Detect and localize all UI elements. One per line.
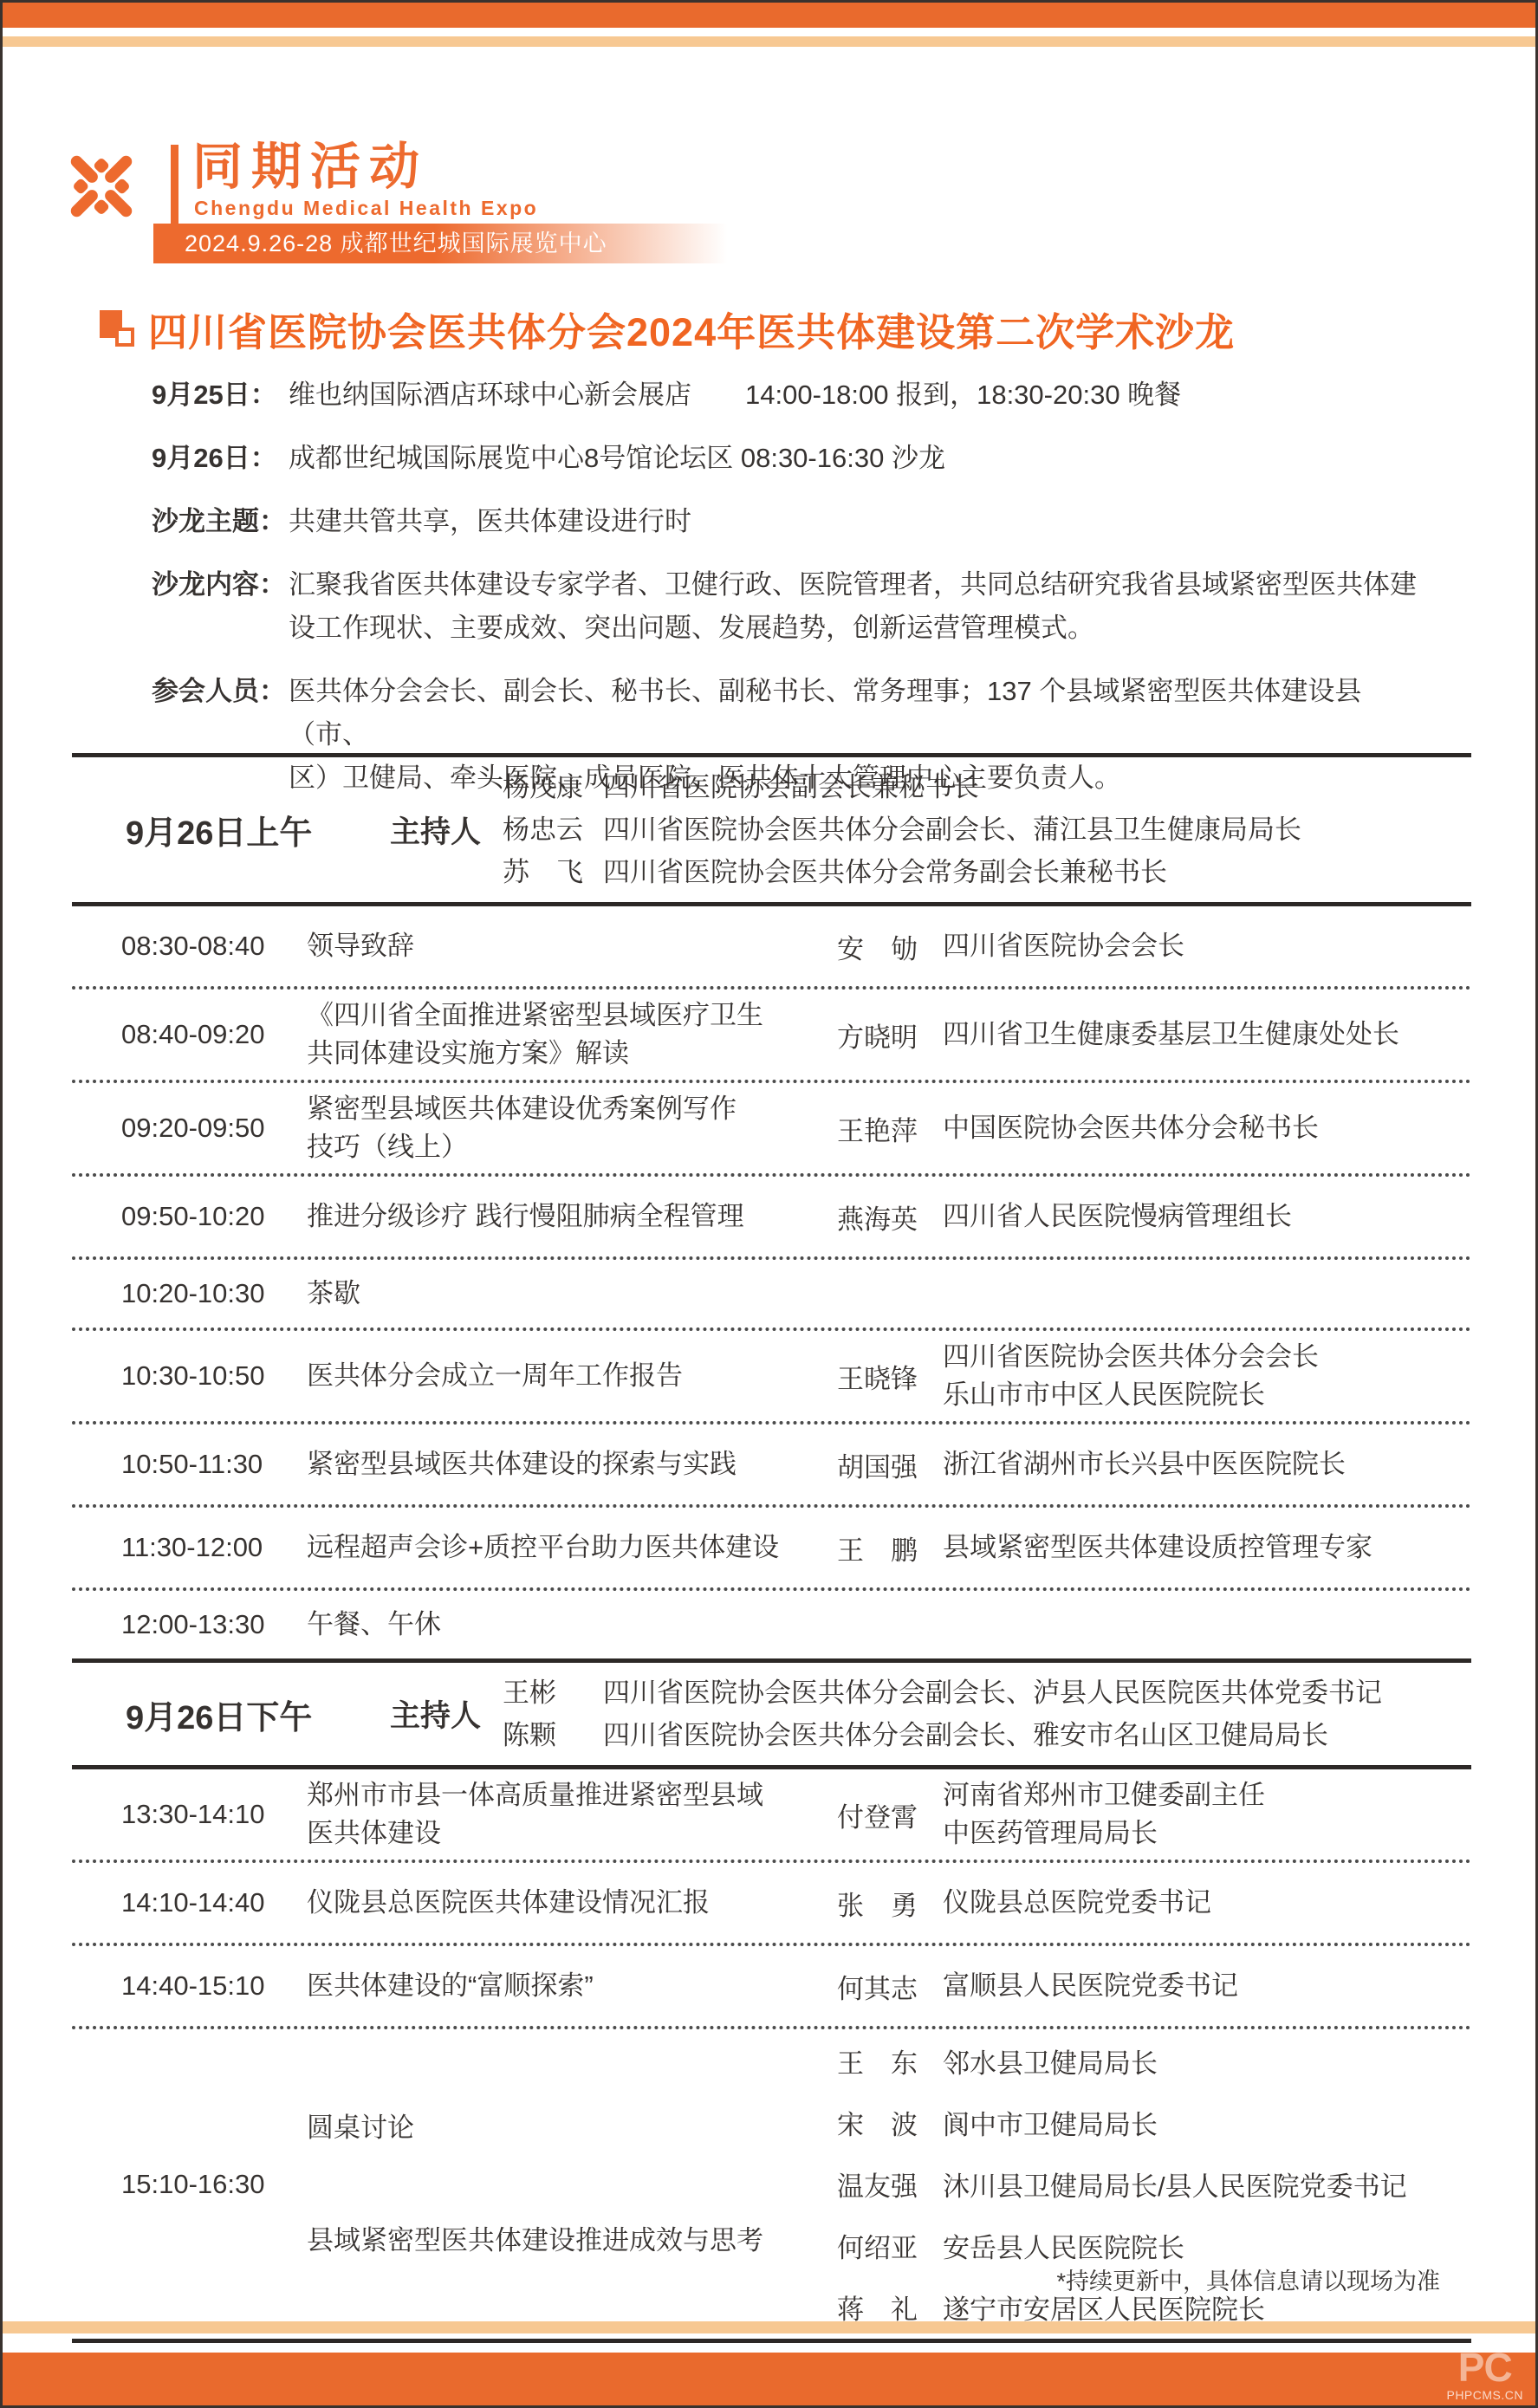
info-label: 沙龙主题：: [152, 500, 289, 543]
panelist-title: 沐川县卫健局局长/县人民医院党委书记: [943, 2165, 1471, 2204]
schedule-row: 11:30-12:00 远程超声会诊+质控平台助力医共体建设 王 鹏 县域紧密型…: [72, 1508, 1471, 1591]
row-speaker: 方晓明: [837, 1016, 943, 1055]
info-label: 9月25日：: [152, 373, 289, 417]
row-speaker: 胡国强: [837, 1445, 943, 1484]
host-row: 王彬 四川省医院协会医共体分会副会长、泸县人民医院医共体党委书记: [503, 1671, 1471, 1714]
row-speaker: 安 劬: [837, 927, 943, 966]
row-time: 10:50-11:30: [72, 1449, 307, 1480]
row-topic: 紧密型县域医共体建设优秀案例写作 技巧（线上）: [307, 1090, 837, 1166]
schedule-row: 09:50-10:20 推进分级诊疗 践行慢阻肺病全程管理 燕海英 四川省人民医…: [72, 1177, 1471, 1260]
host-row: 杨茂康 四川省医院协会副会长兼秘书长: [503, 766, 1471, 808]
bottom-peach-bar: [3, 2321, 1535, 2333]
row-speaker: 王晓锋: [837, 1357, 943, 1396]
schedule-row: 10:30-10:50 医共体分会成立一周年工作报告 王晓锋 四川省医院协会医共…: [72, 1331, 1471, 1425]
panelist-row: 何绍亚 安岳县人民医院院长: [837, 2226, 1471, 2265]
row-time: 10:20-10:30: [72, 1278, 307, 1309]
host-list: 王彬 四川省医院协会医共体分会副会长、泸县人民医院医共体党委书记 陈颗 四川省医…: [503, 1671, 1471, 1756]
row-topic: 医共体分会成立一周年工作报告: [307, 1357, 837, 1395]
panelist-row: 宋 波 阆中市卫健局局长: [837, 2103, 1471, 2142]
panelist-title: 阆中市卫健局局长: [943, 2103, 1471, 2142]
phpcms-watermark: PC PHPCMS.CN: [1446, 2347, 1523, 2401]
roundtable-topic-line1: 圆桌讨论: [307, 2109, 837, 2147]
row-topic: 推进分级诊疗 践行慢阻肺病全程管理: [307, 1198, 837, 1236]
info-row-date2: 9月26日： 成都世纪城国际展览中心8号馆论坛区 08:30-16:30 沙龙: [152, 437, 1434, 480]
phpcms-logo-icon: PC: [1446, 2347, 1523, 2387]
row-time: 14:10-14:40: [72, 1887, 307, 1918]
session-header-morning: 9月26日上午 主持人 杨茂康 四川省医院协会副会长兼秘书长 杨忠云 四川省医院…: [72, 757, 1471, 906]
host-label: 主持人: [390, 808, 503, 852]
session-header-afternoon: 9月26日下午 主持人 王彬 四川省医院协会医共体分会副会长、泸县人民医院医共体…: [72, 1658, 1471, 1769]
row-speaker: 王 鹏: [837, 1529, 943, 1567]
schedule-row: 08:30-08:40 领导致辞 安 劬 四川省医院协会会长: [72, 906, 1471, 990]
row-time: 15:10-16:30: [72, 2169, 307, 2200]
logo-divider: [171, 145, 178, 224]
square-bullet-icon: [100, 310, 136, 348]
schedule-row: 10:50-11:30 紧密型县域医共体建设的探索与实践 胡国强 浙江省湖州市长…: [72, 1425, 1471, 1508]
row-topic: 远程超声会诊+质控平台助力医共体建设: [307, 1529, 837, 1567]
row-topic: 仪陇县总医院医共体建设情况汇报: [307, 1884, 837, 1922]
row-speaker: 张 勇: [837, 1884, 943, 1923]
row-time: 08:30-08:40: [72, 931, 307, 962]
row-speaker: 何其志: [837, 1967, 943, 2006]
row-speaker-title: 富顺县人民医院党委书记: [943, 1967, 1471, 2005]
row-speaker-title: 四川省人民医院慢病管理组长: [943, 1198, 1471, 1236]
host-name: 杨忠云: [503, 808, 603, 851]
info-row-theme: 沙龙主题： 共建共管共享，医共体建设进行时: [152, 500, 1434, 543]
row-time: 10:30-10:50: [72, 1360, 307, 1392]
row-time: 09:20-09:50: [72, 1113, 307, 1144]
bottom-orange-bar: [3, 2353, 1535, 2406]
row-topic: 医共体建设的“富顺探索”: [307, 1967, 837, 2005]
panelist-name: 何绍亚: [837, 2226, 943, 2265]
host-title: 四川省医院协会医共体分会副会长、泸县人民医院医共体党委书记: [603, 1671, 1471, 1714]
schedule-row: 08:40-09:20 《四川省全面推进紧密型县域医疗卫生 共同体建设实施方案》…: [72, 990, 1471, 1083]
schedule-row-break: 10:20-10:30 茶歇: [72, 1260, 1471, 1331]
event-title-block: 四川省医院协会医共体分会2024年医共体建设第二次学术沙龙: [100, 301, 1235, 357]
row-time: 14:40-15:10: [72, 1970, 307, 2002]
row-speaker-title: 四川省卫生健康委基层卫生健康处处长: [943, 1016, 1471, 1054]
row-speaker-title: 仪陇县总医院党委书记: [943, 1884, 1471, 1922]
host-name: 苏 飞: [503, 851, 603, 893]
host-name: 王彬: [503, 1671, 603, 1714]
row-speaker: 王艳萍: [837, 1109, 943, 1148]
row-time: 12:00-13:30: [72, 1609, 307, 1640]
logo-text-block: 同期活动 Chengdu Medical Health Expo: [192, 141, 538, 220]
expo-date-banner: 2024.9.26-28 成都世纪城国际展览中心: [153, 224, 777, 263]
session-date-label: 9月26日下午: [72, 1691, 390, 1738]
host-row: 苏 飞 四川省医院协会医共体分会常务副会长兼秘书长: [503, 851, 1471, 893]
info-text: 汇聚我省医共体建设专家学者、卫健行政、医院管理者，共同总结研究我省县域紧密型医共…: [289, 563, 1417, 650]
host-title: 四川省医院协会医共体分会副会长、蒲江县卫生健康局局长: [603, 808, 1471, 851]
host-title: 四川省医院协会医共体分会副会长、雅安市名山区卫健局局长: [603, 1714, 1471, 1756]
schedule-row: 09:20-09:50 紧密型县域医共体建设优秀案例写作 技巧（线上） 王艳萍 …: [72, 1083, 1471, 1177]
poster-page: 同期活动 Chengdu Medical Health Expo 2024.9.…: [0, 0, 1538, 2408]
row-time: 13:30-14:10: [72, 1799, 307, 1830]
info-label: 沙龙内容：: [152, 563, 289, 650]
schedule-table: 9月26日上午 主持人 杨茂康 四川省医院协会副会长兼秘书长 杨忠云 四川省医院…: [72, 753, 1471, 2343]
update-note: *持续更新中，具体信息请以现场为准: [1056, 2262, 1440, 2296]
row-time: 09:50-10:20: [72, 1201, 307, 1232]
row-topic: 郑州市市县一体高质量推进紧密型县域 医共体建设: [307, 1776, 837, 1853]
schedule-row: 14:40-15:10 医共体建设的“富顺探索” 何其志 富顺县人民医院党委书记: [72, 1946, 1471, 2029]
host-list: 杨茂康 四川省医院协会副会长兼秘书长 杨忠云 四川省医院协会医共体分会副会长、蒲…: [503, 766, 1471, 893]
row-time: 11:30-12:00: [72, 1532, 307, 1563]
panelist-row: 温友强 沐川县卫健局局长/县人民医院党委书记: [837, 2165, 1471, 2204]
row-topic: 茶歇: [307, 1275, 837, 1313]
host-title: 四川省医院协会医共体分会常务副会长兼秘书长: [603, 851, 1471, 893]
row-speaker: 燕海英: [837, 1198, 943, 1236]
host-title: 四川省医院协会副会长兼秘书长: [603, 766, 1471, 808]
expo-pinwheel-logo-icon: [60, 145, 143, 228]
top-orange-bar: [3, 3, 1535, 28]
row-topic: 紧密型县域医共体建设的探索与实践: [307, 1445, 837, 1483]
panelist-title: 安岳县人民医院院长: [943, 2226, 1471, 2265]
expo-subtitle: Chengdu Medical Health Expo: [194, 197, 538, 220]
schedule-row-lunch: 12:00-13:30 午餐、午休: [72, 1591, 1471, 1658]
info-row-date1: 9月25日： 维也纳国际酒店环球中心新会展店 14:00-18:00 报到，18…: [152, 373, 1434, 417]
info-text: 维也纳国际酒店环球中心新会展店 14:00-18:00 报到，18:30-20:…: [289, 373, 1181, 417]
panelist-name: 温友强: [837, 2165, 943, 2204]
host-row: 杨忠云 四川省医院协会医共体分会副会长、蒲江县卫生健康局局长: [503, 808, 1471, 851]
row-speaker: 付登霄: [837, 1795, 943, 1834]
row-speaker-title: 县域紧密型医共体建设质控管理专家: [943, 1529, 1471, 1567]
top-peach-bar: [3, 36, 1535, 47]
row-speaker-title: 浙江省湖州市长兴县中医医院院长: [943, 1445, 1471, 1483]
host-name: 陈颗: [503, 1714, 603, 1756]
panelist-title: 邻水县卫健局局长: [943, 2041, 1471, 2080]
host-label: 主持人: [390, 1692, 503, 1736]
row-speaker-title: 中国医院协会医共体分会秘书长: [943, 1109, 1471, 1147]
info-text: 成都世纪城国际展览中心8号馆论坛区 08:30-16:30 沙龙: [289, 437, 945, 480]
row-time: 08:40-09:20: [72, 1019, 307, 1050]
phpcms-url: PHPCMS.CN: [1446, 2389, 1523, 2401]
panelist-name: 王 东: [837, 2041, 943, 2080]
host-row: 陈颗 四川省医院协会医共体分会副会长、雅安市名山区卫健局局长: [503, 1714, 1471, 1756]
info-label: 9月26日：: [152, 437, 289, 480]
session-date-label: 9月26日上午: [72, 806, 390, 854]
row-topic: 领导致辞: [307, 927, 837, 965]
schedule-row: 14:10-14:40 仪陇县总医院医共体建设情况汇报 张 勇 仪陇县总医院党委…: [72, 1863, 1471, 1946]
expo-header: 同期活动 Chengdu Medical Health Expo: [60, 141, 538, 228]
roundtable-topic-line2: 县域紧密型医共体建设推进成效与思考: [307, 2222, 837, 2260]
expo-section-title: 同期活动: [192, 141, 538, 193]
roundtable-topic: 圆桌讨论 县域紧密型医共体建设推进成效与思考: [307, 2071, 837, 2298]
panelist-row: 王 东 邻水县卫健局局长: [837, 2041, 1471, 2080]
row-topic: 午餐、午休: [307, 1606, 837, 1644]
row-topic: 《四川省全面推进紧密型县域医疗卫生 共同体建设实施方案》解读: [307, 996, 837, 1073]
row-speaker-title: 河南省郑州市卫健委副主任 中医药管理局局长: [943, 1776, 1471, 1853]
row-speaker-title: 四川省医院协会会长: [943, 927, 1471, 965]
schedule-row: 13:30-14:10 郑州市市县一体高质量推进紧密型县域 医共体建设 付登霄 …: [72, 1769, 1471, 1863]
row-speaker-title: 四川省医院协会医共体分会会长 乐山市市中区人民医院院长: [943, 1338, 1471, 1414]
host-name: 杨茂康: [503, 766, 603, 808]
panelist-name: 宋 波: [837, 2103, 943, 2142]
info-text: 共建共管共享，医共体建设进行时: [289, 500, 691, 543]
event-title: 四川省医院协会医共体分会2024年医共体建设第二次学术沙龙: [148, 301, 1235, 357]
info-row-content: 沙龙内容： 汇聚我省医共体建设专家学者、卫健行政、医院管理者，共同总结研究我省县…: [152, 563, 1434, 650]
